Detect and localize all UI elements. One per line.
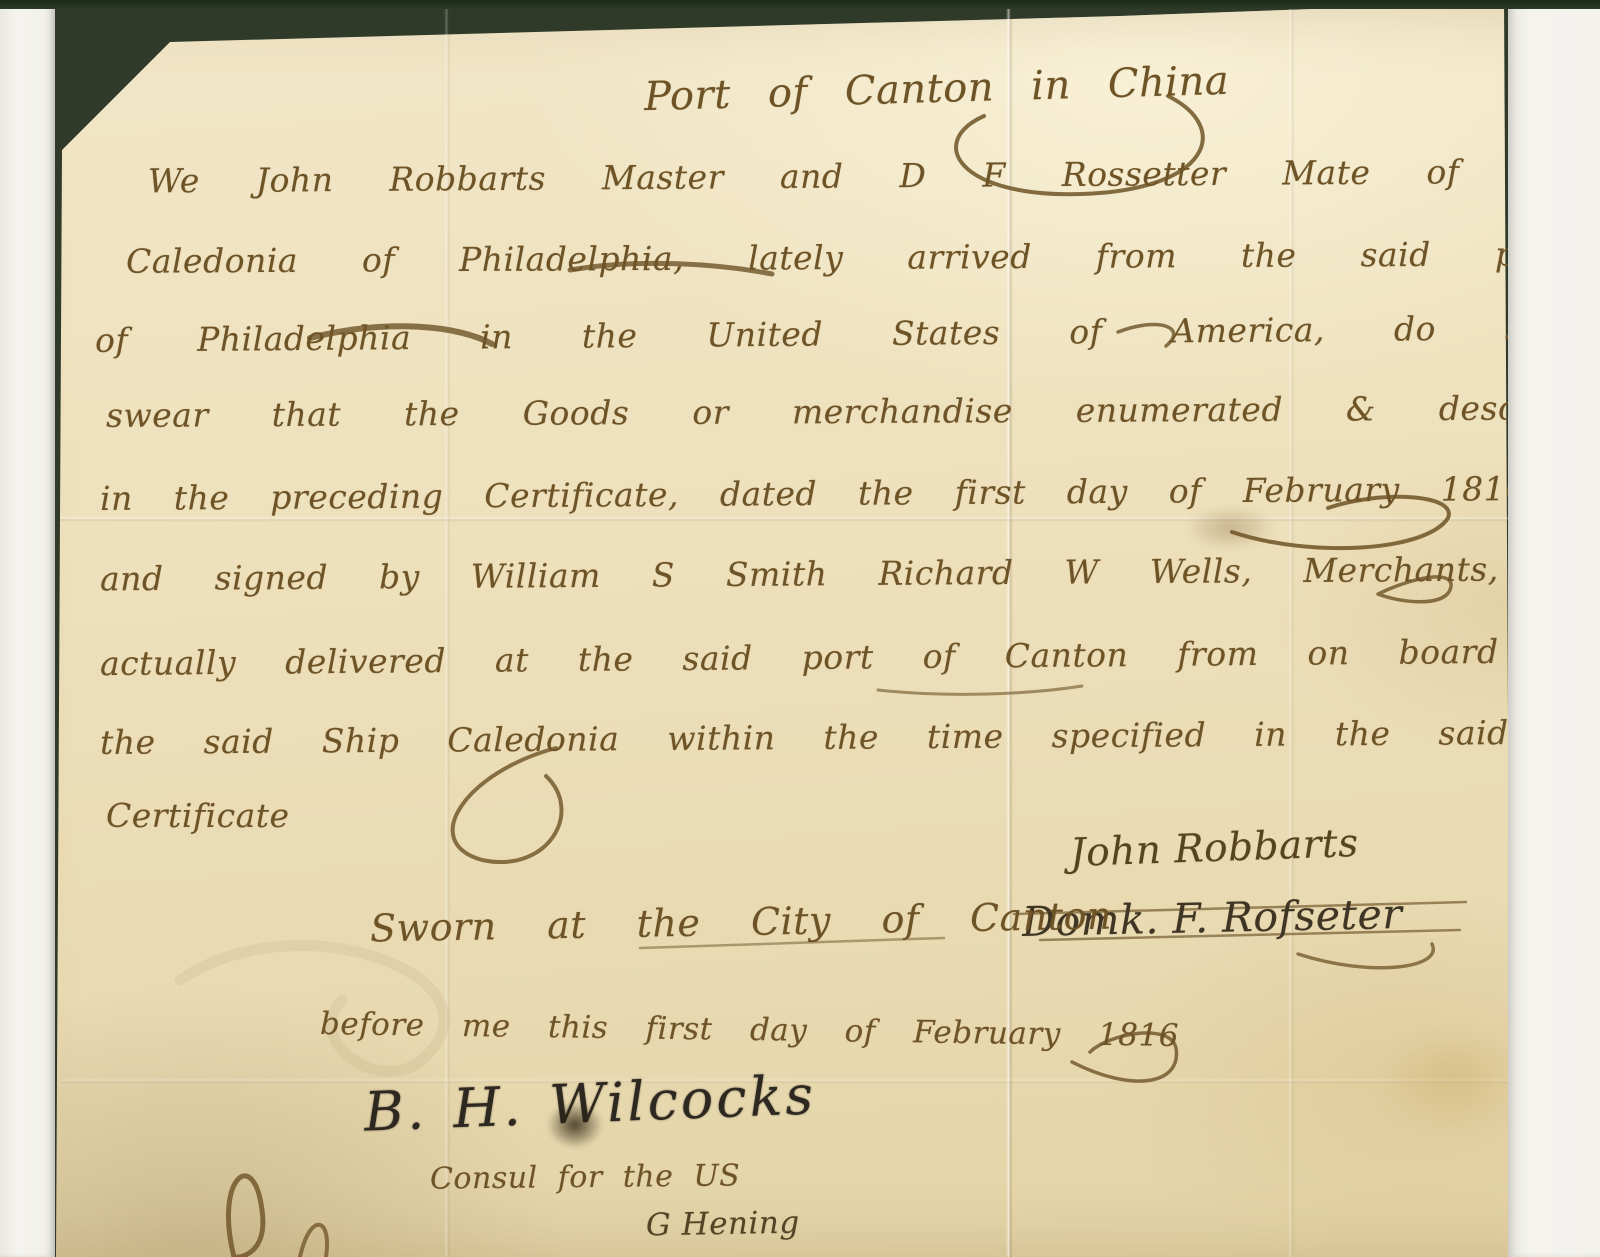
scanned-document: Port of Canton in China We John Robbarts… — [0, 0, 1600, 1257]
consul-title: Consul for the US — [430, 1158, 741, 1196]
scan-margin-left — [0, 0, 55, 1257]
manuscript-line-4: swear that the Goods or merchandise enum… — [106, 388, 1600, 435]
signature-witness: G Hening — [646, 1205, 800, 1244]
manuscript-line-2: Caledonia of Philadelphia, lately arrive… — [126, 234, 1567, 281]
fold-crease-horizontal — [60, 516, 1510, 522]
scan-margin-right — [1508, 0, 1600, 1257]
manuscript-line-9: Certificate — [106, 796, 290, 835]
backdrop-strip — [0, 0, 1600, 9]
